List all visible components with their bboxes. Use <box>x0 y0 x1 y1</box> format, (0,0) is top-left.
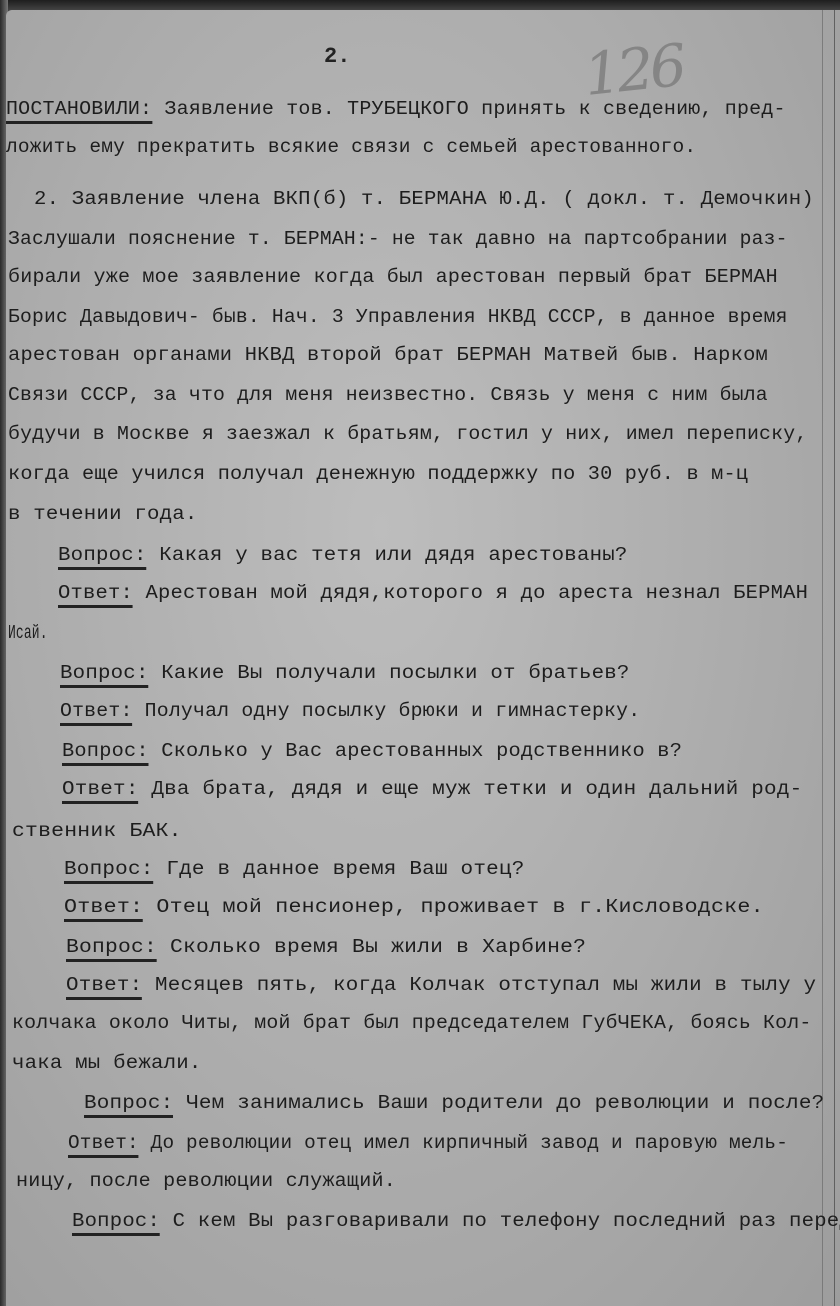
line-label: Вопрос: <box>58 544 147 570</box>
line-label: Вопрос: <box>72 1210 160 1236</box>
document-page: 2. 126 ПОСТАНОВИЛИ: Заявление тов. ТРУБЕ… <box>6 10 840 1306</box>
line-label: Ответ: <box>62 778 139 804</box>
line-text: колчака около Читы, мой брат был председ… <box>12 1012 812 1034</box>
line-label: Вопрос: <box>66 936 157 962</box>
text-line: Ответ: Два брата, дядя и еще муж тетки и… <box>62 778 802 804</box>
line-label: Вопрос: <box>62 740 149 766</box>
text-line: Вопрос: Сколько у Вас арестованных родст… <box>62 740 682 766</box>
text-line: Вопрос: Чем занимались Ваши родители до … <box>84 1092 824 1118</box>
text-line: арестован органами НКВД второй брат БЕРМ… <box>8 344 768 366</box>
line-text: Месяцев пять, когда Колчак отступал мы ж… <box>142 974 816 996</box>
line-text: ственник БАК. <box>12 820 182 842</box>
text-line: бирали уже мое заявление когда был арест… <box>8 266 778 288</box>
line-label: Ответ: <box>58 582 133 608</box>
line-text: Какие Вы получали посылки от братьев? <box>149 662 630 684</box>
text-line: колчака около Читы, мой брат был председ… <box>12 1012 812 1034</box>
text-line: Вопрос: Где в данное время Ваш отец? <box>64 858 525 884</box>
line-text: ницу, после революции служащий. <box>16 1170 396 1192</box>
text-line: Ответ: До революции отец имел кирпичный … <box>68 1132 788 1158</box>
line-text: в течении года. <box>8 503 198 525</box>
text-line: чака мы бежали. <box>12 1052 202 1074</box>
text-line: ложить ему прекратить всякие связи с сем… <box>6 136 696 158</box>
line-label: Ответ: <box>68 1132 139 1158</box>
line-text: До революции отец имел кирпичный завод и… <box>139 1132 788 1154</box>
line-text: Получал одну посылку брюки и гимнастерку… <box>133 700 641 722</box>
text-line: Вопрос: Какая у вас тетя или дядя аресто… <box>58 544 628 570</box>
line-label: Ответ: <box>60 700 133 726</box>
line-text: Борис Давыдович- быв. Нач. 3 Управления … <box>8 306 788 328</box>
line-text: Арестован мой дядя,которого я до ареста … <box>133 582 808 604</box>
page-number: 2. <box>324 44 350 69</box>
text-line: ПОСТАНОВИЛИ: Заявление тов. ТРУБЕЦКОГО п… <box>6 98 786 124</box>
line-text: чака мы бежали. <box>12 1052 202 1074</box>
line-text: Два брата, дядя и еще муж тетки и один д… <box>139 778 803 800</box>
line-label: Ответ: <box>66 974 142 1000</box>
text-line: Ответ: Отец мой пенсионер, проживает в г… <box>64 896 764 922</box>
line-text: С кем Вы разговаривали по телефону после… <box>160 1210 840 1232</box>
line-text: Отец мой пенсионер, проживает в г.Кислов… <box>143 896 764 918</box>
line-text: Сколько у Вас арестованных родственнико … <box>149 740 682 762</box>
line-text: ложить ему прекратить всякие связи с сем… <box>6 136 696 158</box>
line-text: Исай. <box>8 622 48 644</box>
line-text: Заявление тов. ТРУБЕЦКОГО принять к свед… <box>152 98 786 120</box>
line-text: когда еще учился получал денежную поддер… <box>8 463 748 485</box>
text-line: когда еще учился получал денежную поддер… <box>8 463 748 485</box>
line-text: Заслушали пояснение т. БЕРМАН:- не так д… <box>8 228 788 250</box>
line-text: 2. Заявление члена ВКП(б) т. БЕРМАНА Ю.Д… <box>34 188 814 210</box>
line-text: бирали уже мое заявление когда был арест… <box>8 266 778 288</box>
text-line: ницу, после революции служащий. <box>16 1170 396 1192</box>
text-line: Исай. <box>8 622 48 644</box>
line-text: будучи в Москве я заезжал к братьям, гос… <box>8 423 808 445</box>
text-line: Вопрос: Сколько время Вы жили в Харбине? <box>66 936 586 962</box>
line-text: Сколько время Вы жили в Харбине? <box>157 936 586 958</box>
text-line: Борис Давыдович- быв. Нач. 3 Управления … <box>8 306 788 328</box>
text-line: в течении года. <box>8 503 198 525</box>
text-line: 2. Заявление члена ВКП(б) т. БЕРМАНА Ю.Д… <box>34 188 814 210</box>
line-label: Вопрос: <box>64 858 154 884</box>
text-line: будучи в Москве я заезжал к братьям, гос… <box>8 423 808 445</box>
text-line: Ответ: Месяцев пять, когда Колчак отступ… <box>66 974 816 1000</box>
margin-line <box>834 10 835 1306</box>
line-label: Вопрос: <box>60 662 149 688</box>
text-line: Ответ: Арестован мой дядя,которого я до … <box>58 582 808 608</box>
text-line: Заслушали пояснение т. БЕРМАН:- не так д… <box>8 228 788 250</box>
text-line: Связи СССР, за что для меня неизвестно. … <box>8 384 768 406</box>
line-label: Ответ: <box>64 896 143 922</box>
line-text: Чем занимались Ваши родители до революци… <box>173 1092 824 1114</box>
line-text: Где в данное время Ваш отец? <box>154 858 525 880</box>
line-label: Вопрос: <box>84 1092 173 1118</box>
text-line: Ответ: Получал одну посылку брюки и гимн… <box>60 700 640 726</box>
line-label: ПОСТАНОВИЛИ: <box>6 98 152 124</box>
text-line: Вопрос: Какие Вы получали посылки от бра… <box>60 662 630 688</box>
line-text: Какая у вас тетя или дядя арестованы? <box>147 544 628 566</box>
text-line: ственник БАК. <box>12 820 182 842</box>
line-text: арестован органами НКВД второй брат БЕРМ… <box>8 344 768 366</box>
text-line: Вопрос: С кем Вы разговаривали по телефо… <box>72 1210 840 1236</box>
line-text: Связи СССР, за что для меня неизвестно. … <box>8 384 768 406</box>
